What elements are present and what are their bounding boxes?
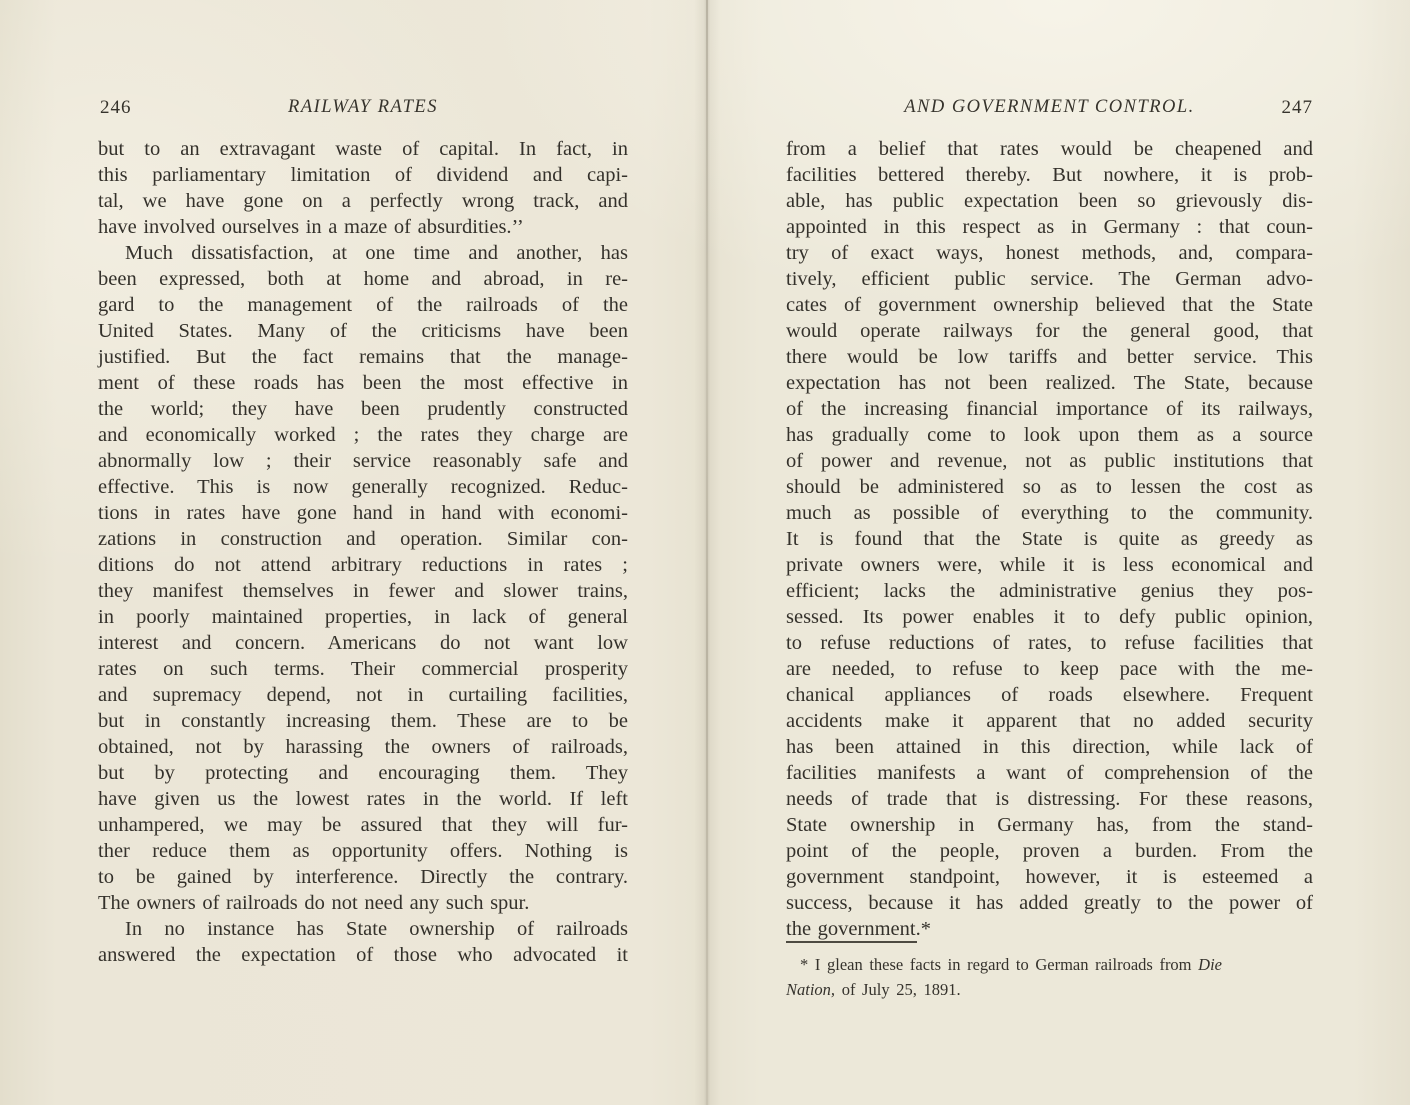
- text-line: the government.*: [786, 916, 1313, 942]
- text-line: gard to the management of the railroads …: [98, 292, 628, 318]
- text-line: they manifest themselves in fewer and sl…: [98, 578, 628, 604]
- text-line: Much dissatisfaction, at one time and an…: [98, 240, 628, 266]
- text-line: but to an extravagant waste of capital. …: [98, 136, 628, 162]
- text-line: United States. Many of the criticisms ha…: [98, 318, 628, 344]
- text-line: and supremacy depend, not in curtailing …: [98, 682, 628, 708]
- text-line: interest and concern. Americans do not w…: [98, 630, 628, 656]
- text-line: rates on such terms. Their commercial pr…: [98, 656, 628, 682]
- text-line: ditions do not attend arbitrary reductio…: [98, 552, 628, 578]
- text-line: able, has public expectation been so gri…: [786, 188, 1313, 214]
- text-line: tal, we have gone on a perfectly wrong t…: [98, 188, 628, 214]
- book-spine-shadow: [694, 0, 720, 1105]
- text-line: but by protecting and encouraging them. …: [98, 760, 628, 786]
- text-line: justified. But the fact remains that the…: [98, 344, 628, 370]
- text-line: cates of government ownership believed t…: [786, 292, 1313, 318]
- text-line: tively, efficient public service. The Ge…: [786, 266, 1313, 292]
- text-line: are needed, to refuse to keep pace with …: [786, 656, 1313, 682]
- text-line: tions in rates have gone hand in hand wi…: [98, 500, 628, 526]
- page-247-body-text: from a belief that rates would be cheape…: [786, 136, 1313, 942]
- running-header-right: AND GOVERNMENT CONTROL.: [904, 97, 1195, 117]
- text-line: In no instance has State ownership of ra…: [98, 916, 628, 942]
- text-line: appointed in this respect as in Germany …: [786, 214, 1313, 240]
- text-line: from a belief that rates would be cheape…: [786, 136, 1313, 162]
- text-line: been expressed, both at home and abroad,…: [98, 266, 628, 292]
- text-line: but in constantly increasing them. These…: [98, 708, 628, 734]
- text-line: should be administered so as to lessen t…: [786, 474, 1313, 500]
- page-number-246: 246: [100, 97, 132, 119]
- text-line: would operate railways for the general g…: [786, 318, 1313, 344]
- text-line: zations in construction and operation. S…: [98, 526, 628, 552]
- text-line: much as possible of everything to the co…: [786, 500, 1313, 526]
- text-line: chanical appliances of roads elsewhere. …: [786, 682, 1313, 708]
- text-line: try of exact ways, honest methods, and, …: [786, 240, 1313, 266]
- page-246-header: 246 RAILWAY RATES: [98, 97, 628, 123]
- running-header-left: RAILWAY RATES: [288, 97, 438, 117]
- page-246-body-text: but to an extravagant waste of capital. …: [98, 136, 628, 968]
- text-line: and economically worked ; the rates they…: [98, 422, 628, 448]
- text-line: facilities bettered thereby. But nowhere…: [786, 162, 1313, 188]
- text-line: ther reduce them as opportunity offers. …: [98, 838, 628, 864]
- text-line: obtained, not by harassing the owners of…: [98, 734, 628, 760]
- text-line: It is found that the State is quite as g…: [786, 526, 1313, 552]
- text-line: success, because it has added greatly to…: [786, 890, 1313, 916]
- footnote-text-2: of July 25, 1891.: [835, 980, 961, 999]
- footnote-text: * I glean these facts in regard to Germa…: [800, 955, 1198, 974]
- page-246: 246 RAILWAY RATES but to an extravagant …: [98, 0, 628, 1105]
- footnote: * I glean these facts in regard to Germa…: [786, 941, 1313, 1002]
- page-247: AND GOVERNMENT CONTROL. 247 from a belie…: [786, 0, 1313, 1105]
- text-line: of power and revenue, not as public inst…: [786, 448, 1313, 474]
- text-line: unhampered, we may be assured that they …: [98, 812, 628, 838]
- text-line: to refuse reductions of rates, to refuse…: [786, 630, 1313, 656]
- text-line: ment of these roads has been the most ef…: [98, 370, 628, 396]
- text-line: facilities manifests a want of comprehen…: [786, 760, 1313, 786]
- footnote-rule: [786, 941, 917, 943]
- text-line: answered the expectation of those who ad…: [98, 942, 628, 968]
- text-line: expectation has not been realized. The S…: [786, 370, 1313, 396]
- page-247-header: AND GOVERNMENT CONTROL. 247: [786, 97, 1313, 123]
- book-scan: { "colors": { "paper": "#ebe6d7", "ink":…: [0, 0, 1410, 1105]
- page-number-247: 247: [1282, 97, 1314, 119]
- text-line: accidents make it apparent that no added…: [786, 708, 1313, 734]
- text-line: has been attained in this direction, whi…: [786, 734, 1313, 760]
- text-line: State ownership in Germany has, from the…: [786, 812, 1313, 838]
- text-line: have involved ourselves in a maze of abs…: [98, 214, 628, 240]
- text-line: have given us the lowest rates in the wo…: [98, 786, 628, 812]
- text-line: efficient; lacks the administrative geni…: [786, 578, 1313, 604]
- text-line: the world; they have been prudently cons…: [98, 396, 628, 422]
- text-line: sessed. Its power enables it to defy pub…: [786, 604, 1313, 630]
- text-line: government standpoint, however, it is es…: [786, 864, 1313, 890]
- footnote-italic-title-2: Nation,: [786, 980, 835, 999]
- text-line: has gradually come to look upon them as …: [786, 422, 1313, 448]
- text-line: there would be low tariffs and better se…: [786, 344, 1313, 370]
- text-line: needs of trade that is distressing. For …: [786, 786, 1313, 812]
- text-line: private owners were, while it is less ec…: [786, 552, 1313, 578]
- text-line: in poorly maintained properties, in lack…: [98, 604, 628, 630]
- footnote-italic-title: Die: [1198, 955, 1222, 974]
- text-line: effective. This is now generally recogni…: [98, 474, 628, 500]
- text-line: of the increasing financial importance o…: [786, 396, 1313, 422]
- text-line: point of the people, proven a burden. Fr…: [786, 838, 1313, 864]
- text-line: this parliamentary limitation of dividen…: [98, 162, 628, 188]
- text-line: The owners of railroads do not need any …: [98, 890, 628, 916]
- text-line: abnormally low ; their service reasonabl…: [98, 448, 628, 474]
- book-spine-crease: [706, 0, 708, 1105]
- footnote-line-1: * I glean these facts in regard to Germa…: [786, 952, 1313, 977]
- text-line: to be gained by interference. Directly t…: [98, 864, 628, 890]
- footnote-line-2: Nation, of July 25, 1891.: [786, 977, 1313, 1002]
